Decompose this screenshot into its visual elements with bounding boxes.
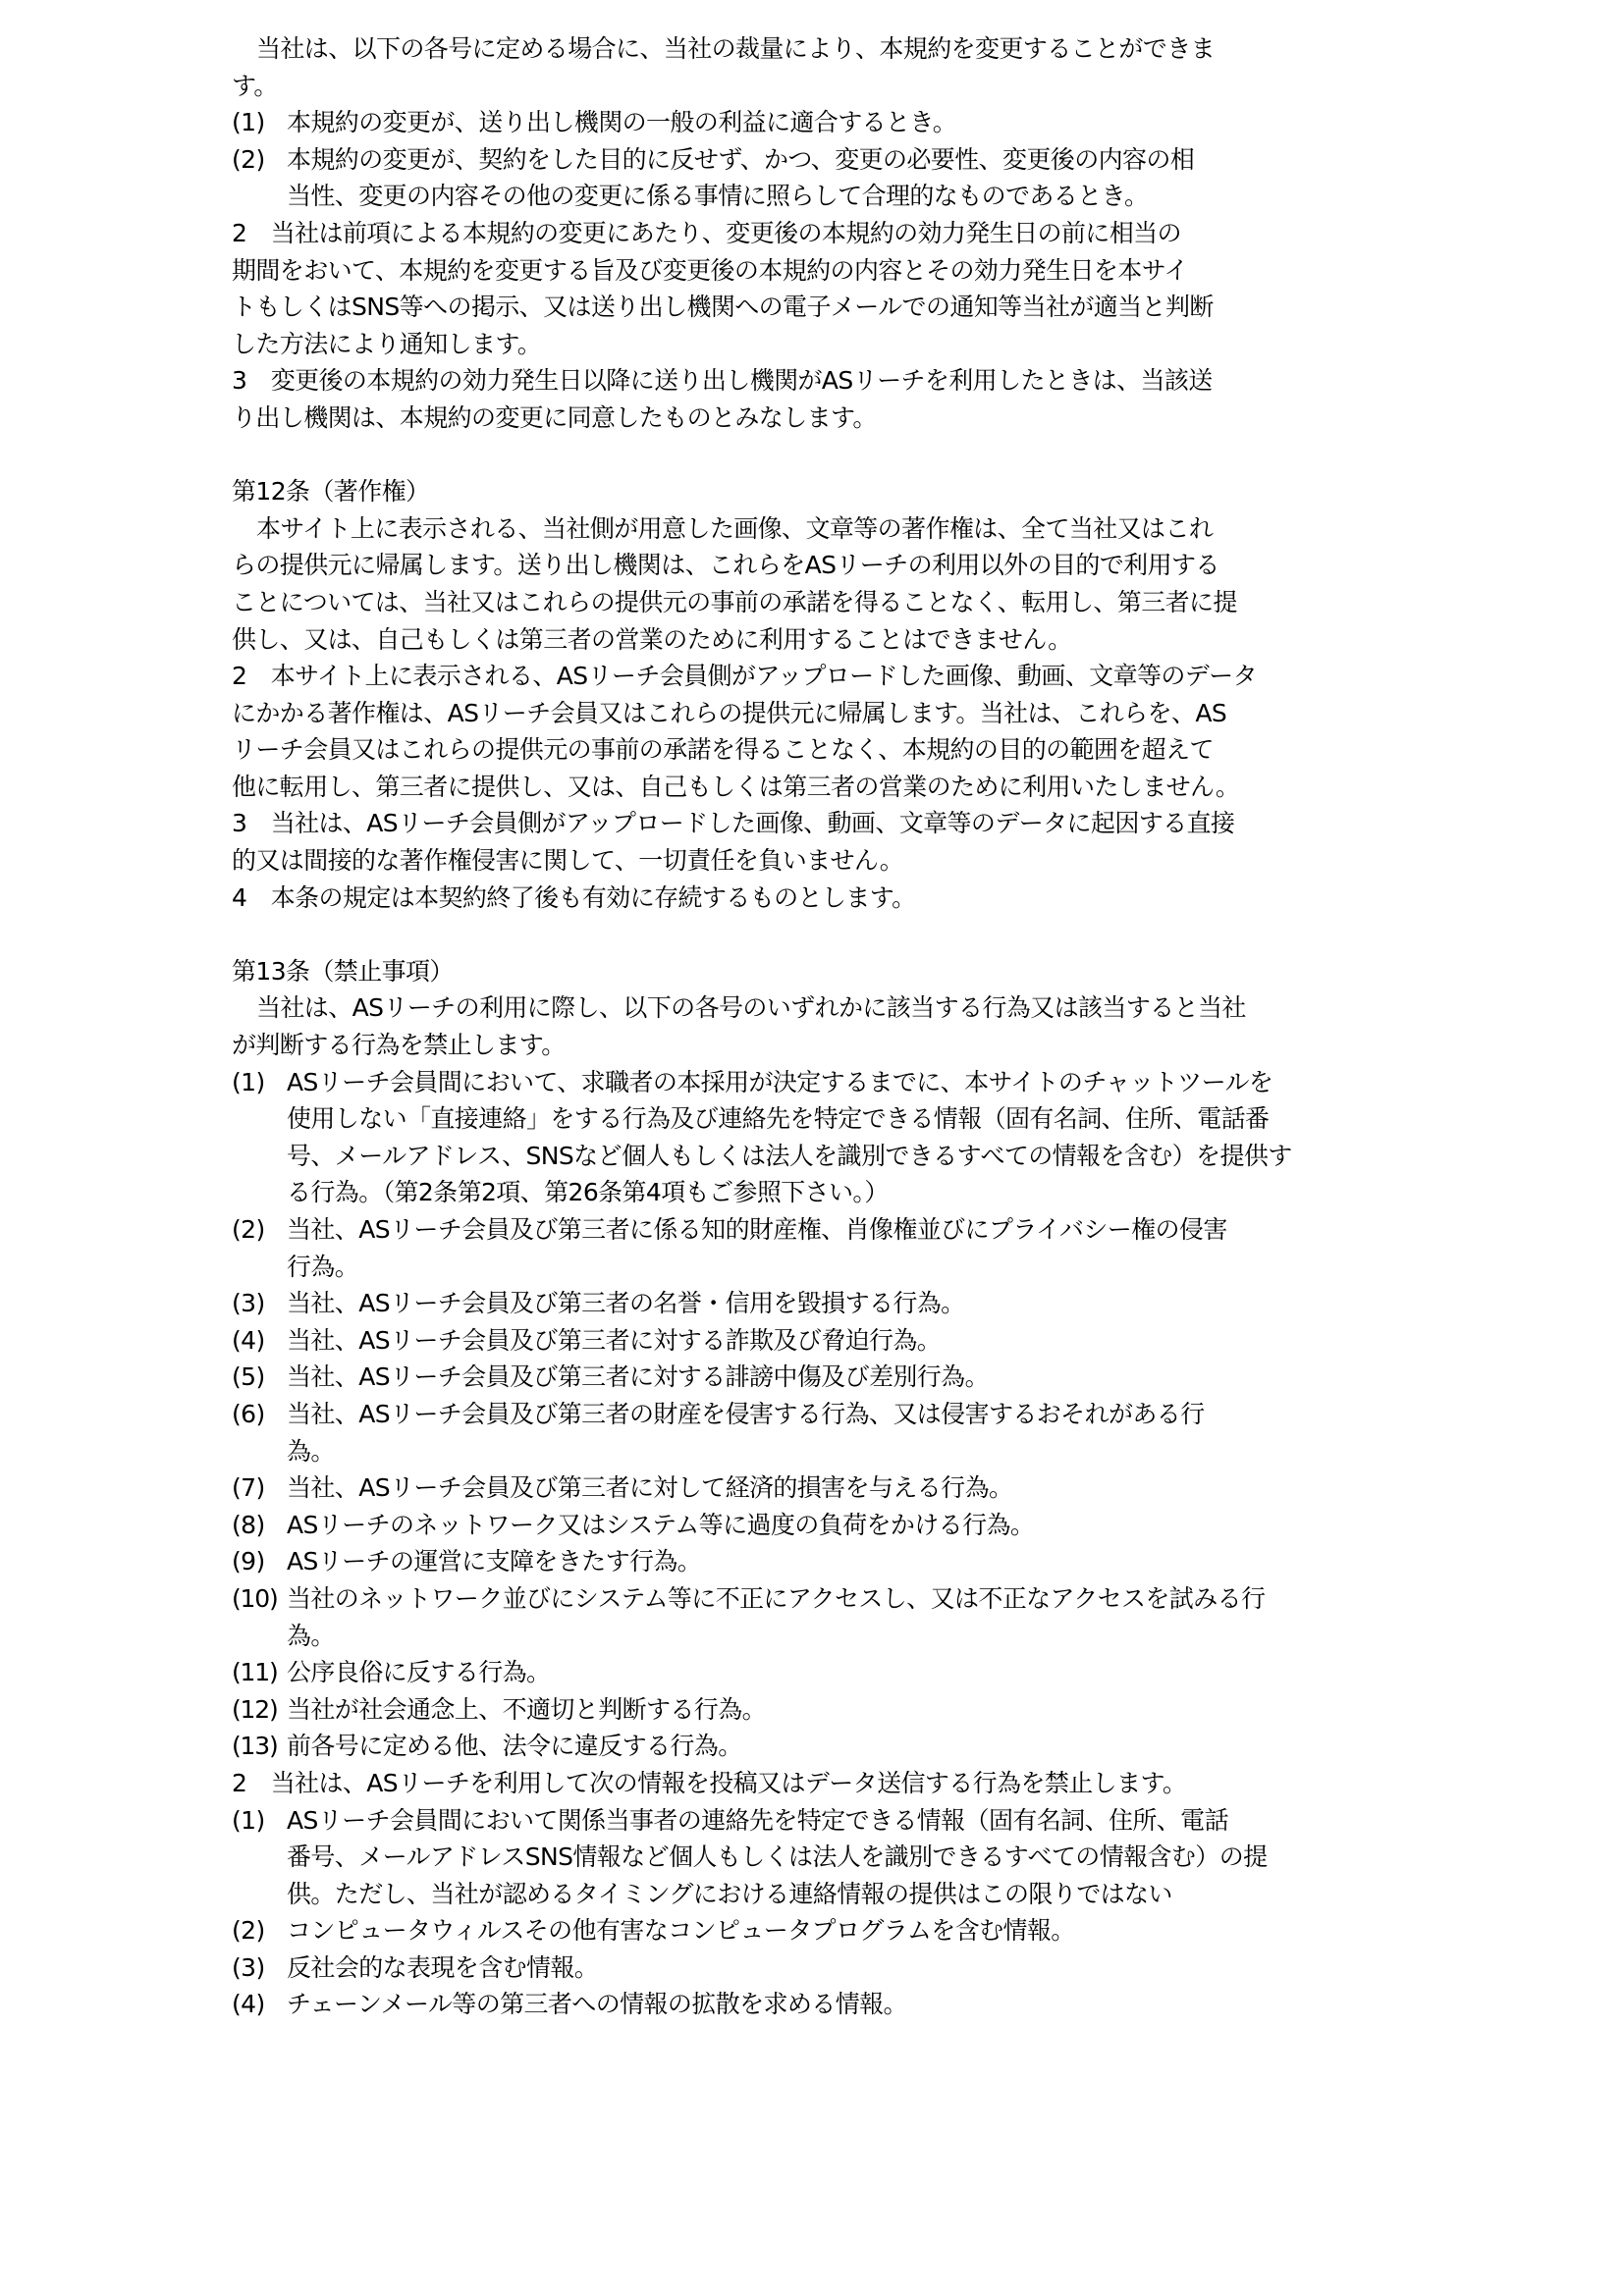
item-text: ASリーチのネットワーク又はシステム等に過度の負荷をかける行為。 — [287, 1507, 1439, 1544]
paragraph-line: 2 当社は、ASリーチを利用して次の情報を投稿又はデータ送信する行為を禁止します… — [232, 1765, 1439, 1802]
item-number: (5) — [232, 1359, 287, 1396]
item-text: コンピュータウィルスその他有害なコンピュータプログラムを含む情報。 — [287, 1912, 1439, 1949]
item-text: 当社、ASリーチ会員及び第三者に係る知的財産権、肖像権並びにプライバシー権の侵害 — [287, 1211, 1439, 1249]
paragraph-line: した方法により通知します。 — [232, 326, 1439, 363]
item-text: ASリーチの運営に支障をきたす行為。 — [287, 1543, 1439, 1580]
list-item: (1) 本規約の変更が、送り出し機関の一般の利益に適合するとき。 — [232, 104, 1439, 141]
list-item: (10) 当社のネットワーク並びにシステム等に不正にアクセスし、又は不正なアクセ… — [232, 1580, 1439, 1618]
item-number: (7) — [232, 1469, 287, 1507]
item-number: (3) — [232, 1949, 287, 1987]
article-heading: 第13条（禁止事項） — [232, 953, 1439, 990]
item-number: (1) — [232, 1802, 287, 1840]
list-item: (12) 当社が社会通念上、不適切と判断する行為。 — [232, 1691, 1439, 1729]
item-text: 本規約の変更が、送り出し機関の一般の利益に適合するとき。 — [287, 104, 1439, 141]
item-number: (1) — [232, 1064, 287, 1101]
item-text-continued: る行為。（第2条第2項、第26条第4項もご参照下さい。） — [232, 1174, 1439, 1211]
item-text-continued: 当性、変更の内容その他の変更に係る事情に照らして合理的なものであるとき。 — [232, 178, 1439, 215]
list-item: (11) 公序良俗に反する行為。 — [232, 1654, 1439, 1691]
list-item: (9) ASリーチの運営に支障をきたす行為。 — [232, 1543, 1439, 1580]
paragraph-line: 供し、又は、自己もしくは第三者の営業のために利用することはできません。 — [232, 621, 1439, 659]
item-number: (13) — [232, 1728, 287, 1765]
item-number: (1) — [232, 104, 287, 141]
item-number: (6) — [232, 1396, 287, 1433]
paragraph-line: 3 当社は、ASリーチ会員側がアップロードした画像、動画、文章等のデータに起因す… — [232, 805, 1439, 842]
item-number: (9) — [232, 1543, 287, 1580]
list-item: (7) 当社、ASリーチ会員及び第三者に対して経済的損害を与える行為。 — [232, 1469, 1439, 1507]
paragraph-line: 他に転用し、第三者に提供し、又は、自己もしくは第三者の営業のために利用いたしませ… — [232, 769, 1439, 806]
paragraph-line: ことについては、当社又はこれらの提供元の事前の承諾を得ることなく、転用し、第三者… — [232, 584, 1439, 621]
list-item: (1) ASリーチ会員間において関係当事者の連絡先を特定できる情報（固有名詞、住… — [232, 1802, 1439, 1840]
list-item: (6) 当社、ASリーチ会員及び第三者の財産を侵害する行為、又は侵害するおそれが… — [232, 1396, 1439, 1433]
paragraph-line: り出し機関は、本規約の変更に同意したものとみなします。 — [232, 400, 1439, 437]
spacer — [232, 437, 1439, 474]
item-number: (8) — [232, 1507, 287, 1544]
paragraph-line: 2 本サイト上に表示される、ASリーチ会員側がアップロードした画像、動画、文章等… — [232, 658, 1439, 695]
paragraph-line: 4 本条の規定は本契約終了後も有効に存続するものとします。 — [232, 880, 1439, 917]
item-text-continued: 為。 — [232, 1433, 1439, 1470]
list-item: (1) ASリーチ会員間において、求職者の本採用が決定するまでに、本サイトのチャ… — [232, 1064, 1439, 1101]
item-text: ASリーチ会員間において関係当事者の連絡先を特定できる情報（固有名詞、住所、電話 — [287, 1802, 1439, 1840]
item-text-continued: 使用しない「直接連絡」をする行為及び連絡先を特定できる情報（固有名詞、住所、電話… — [232, 1100, 1439, 1138]
list-item: (4) 当社、ASリーチ会員及び第三者に対する詐欺及び脅迫行為。 — [232, 1322, 1439, 1360]
list-item: (4) チェーンメール等の第三者への情報の拡散を求める情報。 — [232, 1986, 1439, 2023]
article-13: 第13条（禁止事項） 当社は、ASリーチの利用に際し、以下の各号のいずれかに該当… — [232, 953, 1439, 2023]
item-text: チェーンメール等の第三者への情報の拡散を求める情報。 — [287, 1986, 1439, 2023]
item-number: (12) — [232, 1691, 287, 1729]
item-text-continued: 号、メールアドレス、SNSなど個人もしくは法人を識別できるすべての情報を含む）を… — [232, 1138, 1439, 1175]
article-12: 第12条（著作権） 本サイト上に表示される、当社側が用意した画像、文章等の著作権… — [232, 473, 1439, 916]
item-number: (2) — [232, 141, 287, 179]
list-item: (2) 当社、ASリーチ会員及び第三者に係る知的財産権、肖像権並びにプライバシー… — [232, 1211, 1439, 1249]
item-number: (4) — [232, 1322, 287, 1360]
list-item: (3) 反社会的な表現を含む情報。 — [232, 1949, 1439, 1987]
item-text: 当社のネットワーク並びにシステム等に不正にアクセスし、又は不正なアクセスを試みる… — [287, 1580, 1439, 1618]
item-text-continued: 番号、メールアドレスSNS情報など個人もしくは法人を識別できるすべての情報含む）… — [232, 1839, 1439, 1876]
item-text: 当社、ASリーチ会員及び第三者に対する誹謗中傷及び差別行為。 — [287, 1359, 1439, 1396]
list-item: (2) 本規約の変更が、契約をした目的に反せず、かつ、変更の必要性、変更後の内容… — [232, 141, 1439, 179]
item-text: 当社、ASリーチ会員及び第三者に対する詐欺及び脅迫行為。 — [287, 1322, 1439, 1360]
item-text: 反社会的な表現を含む情報。 — [287, 1949, 1439, 1987]
item-text: 前各号に定める他、法令に違反する行為。 — [287, 1728, 1439, 1765]
paragraph-line: す。 — [232, 68, 1439, 105]
item-text: ASリーチ会員間において、求職者の本採用が決定するまでに、本サイトのチャットツー… — [287, 1064, 1439, 1101]
list-item: (5) 当社、ASリーチ会員及び第三者に対する誹謗中傷及び差別行為。 — [232, 1359, 1439, 1396]
item-text: 当社が社会通念上、不適切と判断する行為。 — [287, 1691, 1439, 1729]
item-number: (2) — [232, 1912, 287, 1949]
item-text: 公序良俗に反する行為。 — [287, 1654, 1439, 1691]
item-text: 当社、ASリーチ会員及び第三者の名誉・信用を毀損する行為。 — [287, 1285, 1439, 1322]
item-text: 当社、ASリーチ会員及び第三者に対して経済的損害を与える行為。 — [287, 1469, 1439, 1507]
item-text-continued: 供。ただし、当社が認めるタイミングにおける連絡情報の提供はこの限りではない — [232, 1876, 1439, 1913]
paragraph-line: 的又は間接的な著作権侵害に関して、一切責任を負いません。 — [232, 842, 1439, 880]
paragraph-line: 3 変更後の本規約の効力発生日以降に送り出し機関がASリーチを利用したときは、当… — [232, 362, 1439, 400]
spacer — [232, 916, 1439, 953]
paragraph-line: リーチ会員又はこれらの提供元の事前の承諾を得ることなく、本規約の目的の範囲を超え… — [232, 731, 1439, 769]
item-number: (11) — [232, 1654, 287, 1691]
article-heading: 第12条（著作権） — [232, 473, 1439, 510]
paragraph-line: らの提供元に帰属します。送り出し機関は、これらをASリーチの利用以外の目的で利用… — [232, 547, 1439, 584]
article-11-tail: 当社は、以下の各号に定める場合に、当社の裁量により、本規約を変更することができま… — [232, 30, 1439, 437]
item-number: (4) — [232, 1986, 287, 2023]
paragraph-line: 本サイト上に表示される、当社側が用意した画像、文章等の著作権は、全て当社又はこれ — [232, 510, 1439, 548]
item-number: (3) — [232, 1285, 287, 1322]
item-text-continued: 行為。 — [232, 1249, 1439, 1286]
paragraph-line: が判断する行為を禁止します。 — [232, 1027, 1439, 1064]
item-number: (10) — [232, 1580, 287, 1618]
list-item: (13) 前各号に定める他、法令に違反する行為。 — [232, 1728, 1439, 1765]
paragraph-line: 期間をおいて、本規約を変更する旨及び変更後の本規約の内容とその効力発生日を本サイ — [232, 252, 1439, 290]
item-number: (2) — [232, 1211, 287, 1249]
paragraph-line: 当社は、以下の各号に定める場合に、当社の裁量により、本規約を変更することができま — [232, 30, 1439, 68]
item-text: 当社、ASリーチ会員及び第三者の財産を侵害する行為、又は侵害するおそれがある行 — [287, 1396, 1439, 1433]
list-item: (8) ASリーチのネットワーク又はシステム等に過度の負荷をかける行為。 — [232, 1507, 1439, 1544]
document-page: 当社は、以下の各号に定める場合に、当社の裁量により、本規約を変更することができま… — [232, 30, 1439, 2023]
list-item: (2) コンピュータウィルスその他有害なコンピュータプログラムを含む情報。 — [232, 1912, 1439, 1949]
list-item: (3) 当社、ASリーチ会員及び第三者の名誉・信用を毀損する行為。 — [232, 1285, 1439, 1322]
paragraph-line: にかかる著作権は、ASリーチ会員又はこれらの提供元に帰属します。当社は、これらを… — [232, 695, 1439, 732]
paragraph-line: トもしくはSNS等への掲示、又は送り出し機関への電子メールでの通知等当社が適当と… — [232, 289, 1439, 326]
item-text-continued: 為。 — [232, 1618, 1439, 1655]
item-text: 本規約の変更が、契約をした目的に反せず、かつ、変更の必要性、変更後の内容の相 — [287, 141, 1439, 179]
paragraph-line: 2 当社は前項による本規約の変更にあたり、変更後の本規約の効力発生日の前に相当の — [232, 215, 1439, 252]
paragraph-line: 当社は、ASリーチの利用に際し、以下の各号のいずれかに該当する行為又は該当すると… — [232, 989, 1439, 1027]
